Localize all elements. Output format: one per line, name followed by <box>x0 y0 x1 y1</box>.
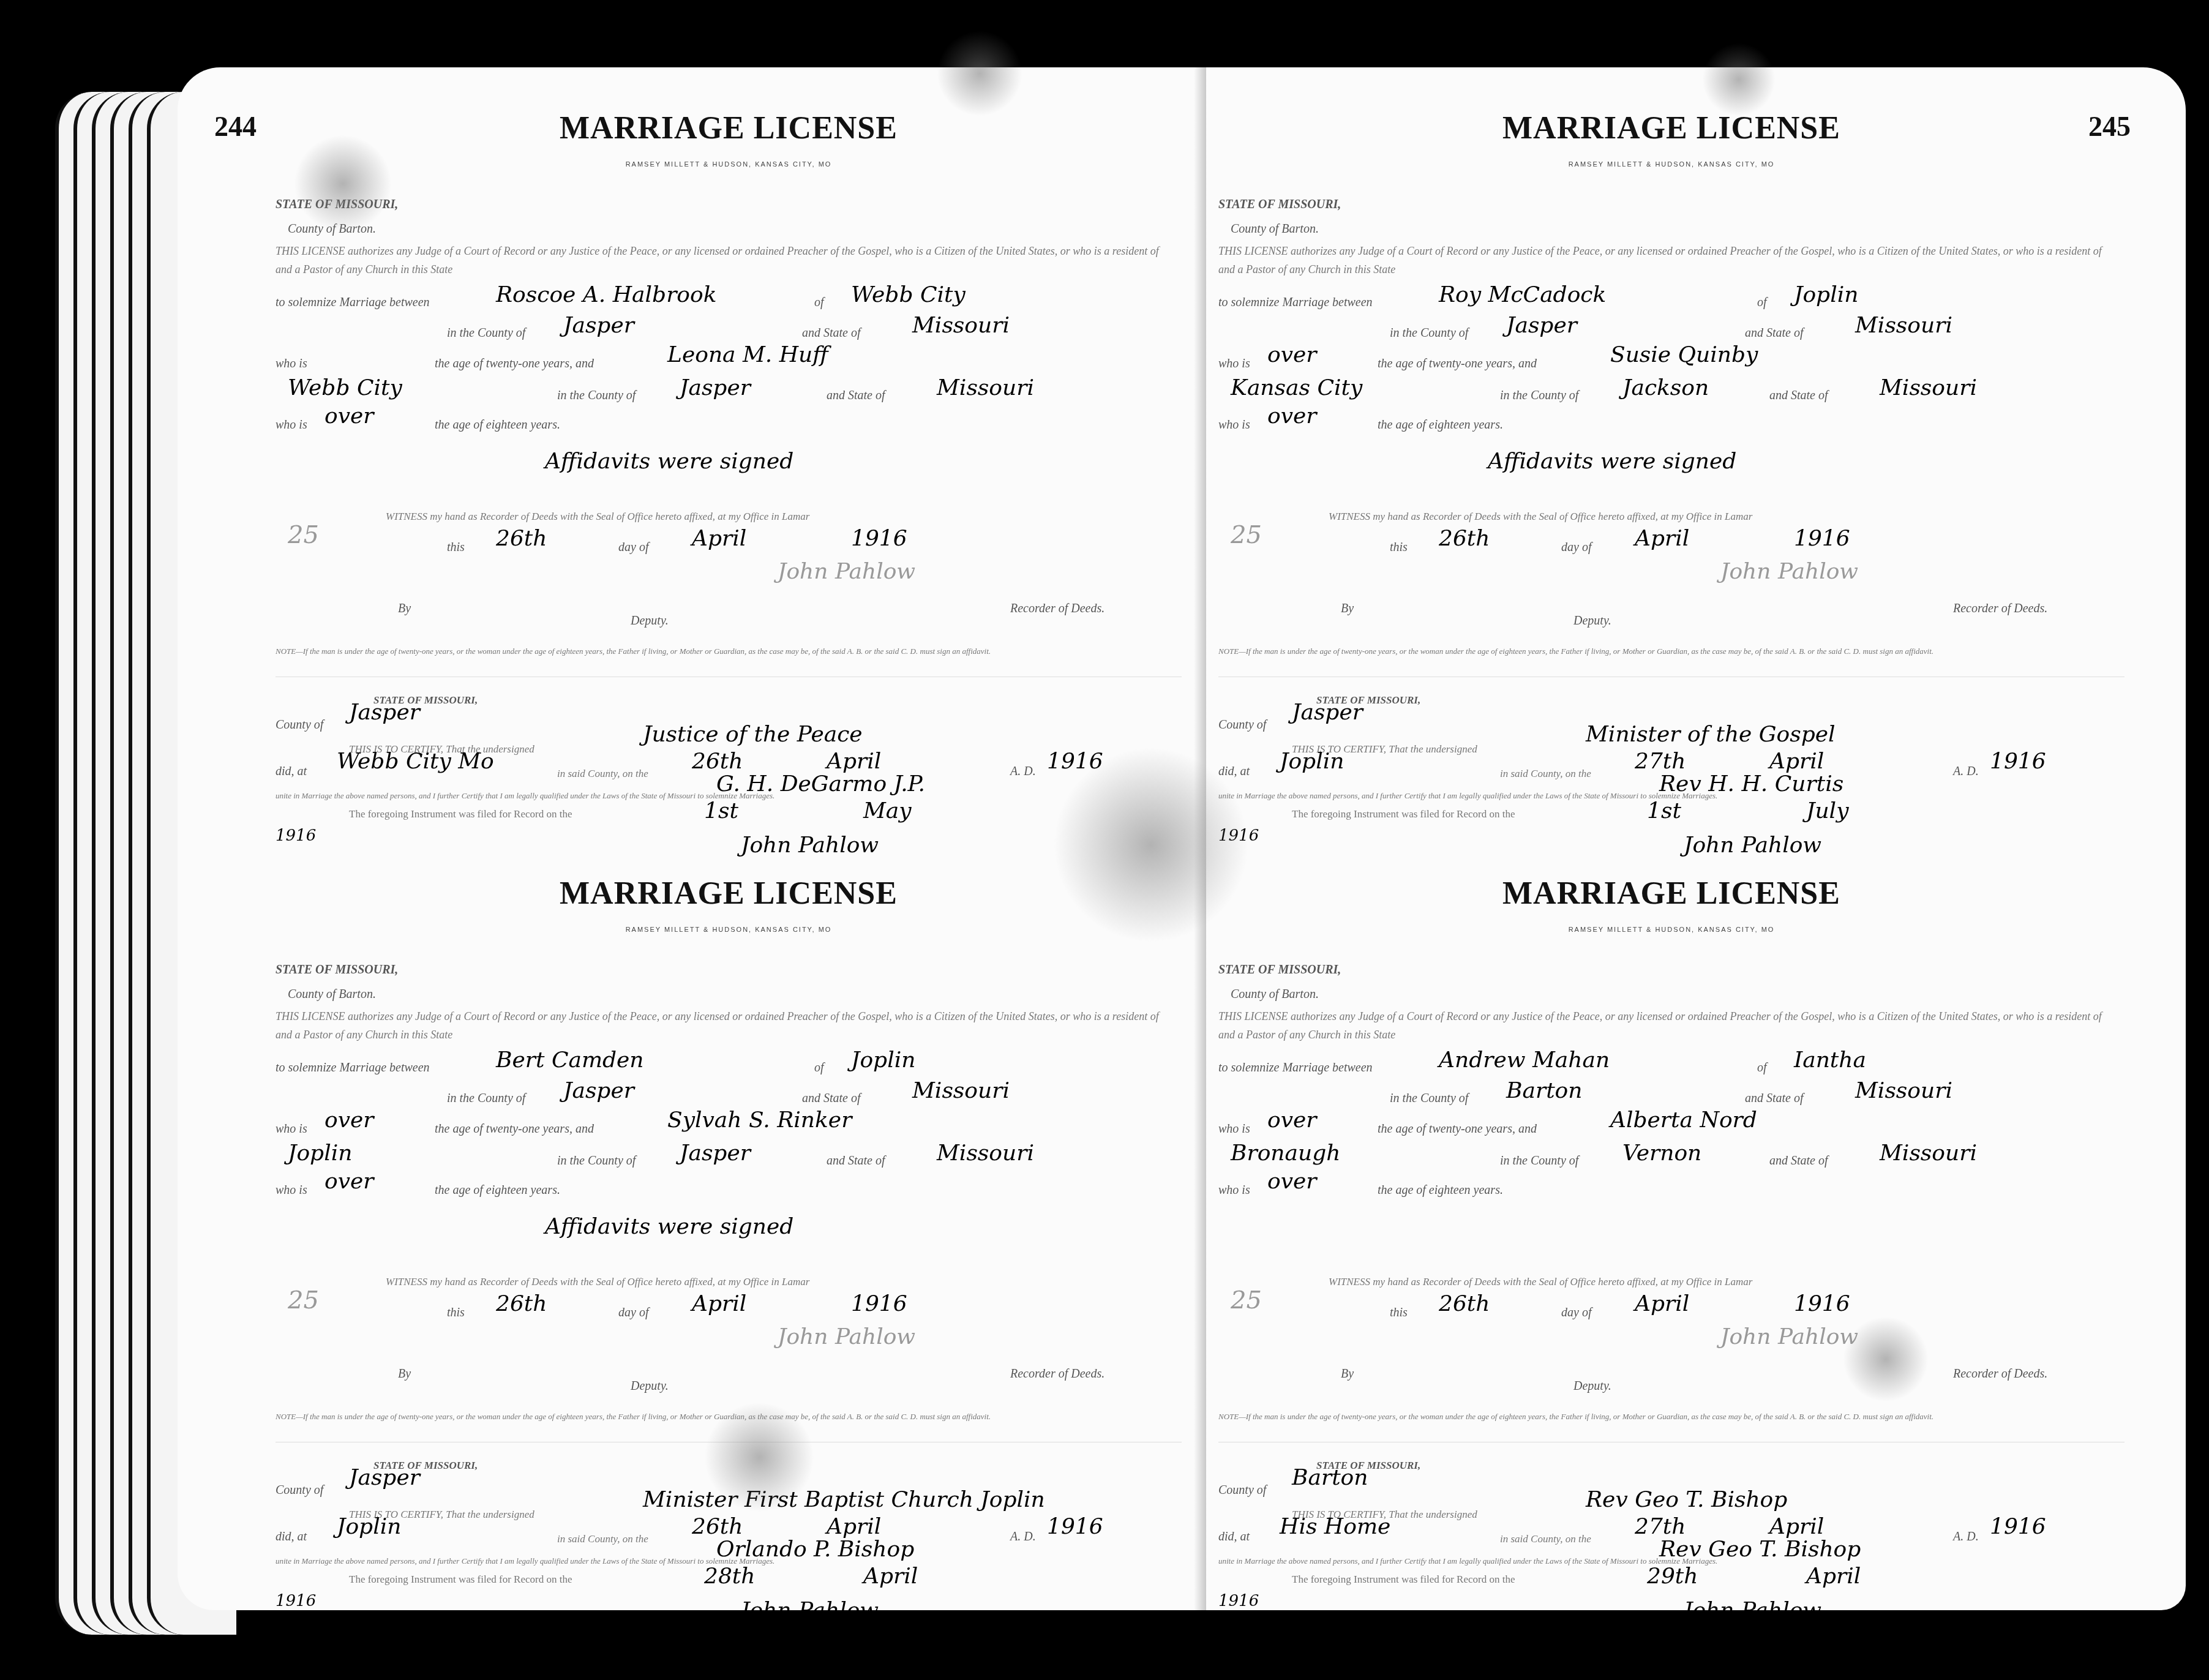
day-of-label: day of <box>618 1301 648 1324</box>
ceremony-year: 1916 <box>1990 750 2046 773</box>
scan-smudge <box>937 31 1022 116</box>
form-note: NOTE—If the man is under the age of twen… <box>276 640 1169 663</box>
cert-ad-label: A. D. <box>1010 760 1036 783</box>
groom-state: Missouri <box>1855 1079 1952 1103</box>
officiant-signature: Rev Geo T. Bishop <box>1659 1537 1861 1562</box>
bride-residence: Kansas City <box>1231 377 1362 400</box>
groom-name: Roy McCadock <box>1439 283 1606 307</box>
filed-year: 1916 <box>1218 1592 1259 1610</box>
ceremony-place: His Home <box>1280 1515 1390 1539</box>
margin-number: 25 <box>1231 1289 1262 1312</box>
state-label: and State of <box>827 1149 885 1172</box>
groom-state: Missouri <box>912 314 1010 337</box>
scan-smudge <box>1702 43 1776 116</box>
cert-county: Barton <box>1292 1466 1368 1490</box>
witness-line: WITNESS my hand as Recorder of Deeds wit… <box>1329 505 1752 528</box>
marriage-license-entry: MARRIAGE LICENSE RAMSEY MILLETT & HUDSON… <box>1218 110 2125 820</box>
margin-number: 25 <box>1231 523 1262 547</box>
license-month: April <box>1635 527 1689 550</box>
age-18-label: the age of eighteen years. <box>1378 413 1503 437</box>
who-is-label: who is <box>1218 352 1250 375</box>
groom-residence: Iantha <box>1794 1049 1866 1072</box>
filed-day: 29th <box>1647 1564 1698 1589</box>
recorder-signature: John Pahlow <box>778 560 915 583</box>
license-title: MARRIAGE LICENSE <box>1218 876 2125 912</box>
ceremony-month: April <box>827 750 881 773</box>
state-label: and State of <box>1769 1149 1828 1172</box>
county-label: in the County of <box>557 384 636 407</box>
bride-county: Jasper <box>680 377 751 400</box>
bride-name: Leona M. Huff <box>667 343 828 367</box>
recorder-signature: John Pahlow <box>778 1326 915 1349</box>
license-month: April <box>1635 1292 1689 1316</box>
age-18-label: the age of eighteen years. <box>435 413 560 437</box>
bride-county: Jasper <box>680 1142 751 1165</box>
day-of-label: day of <box>1561 536 1591 559</box>
license-form: STATE OF MISSOURI, County of Barton. THI… <box>1218 934 2125 1583</box>
bride-county: Vernon <box>1622 1142 1701 1165</box>
county-label: in the County of <box>1500 1149 1578 1172</box>
cert-did-label: did, at <box>276 1525 307 1548</box>
license-intro: THIS LICENSE authorizes any Judge of a C… <box>276 242 1169 279</box>
affidavit-note: Affidavits were signed <box>1488 450 1736 473</box>
bride-name: Alberta Nord <box>1610 1109 1757 1132</box>
county-label: in the County of <box>447 321 525 345</box>
groom-residence: Joplin <box>1794 283 1858 307</box>
page-left: 244 MARRIAGE LICENSE RAMSEY MILLETT & HU… <box>178 67 1206 1610</box>
recorder-of-deeds-label: Recorder of Deeds. <box>1010 1362 1104 1386</box>
bride-state: Missouri <box>1880 1142 1977 1165</box>
groom-residence: Webb City <box>851 283 966 307</box>
ceremony-place: Joplin <box>1280 750 1344 773</box>
witness-line: WITNESS my hand as Recorder of Deeds wit… <box>386 1270 809 1294</box>
who-is-label: who is <box>1218 413 1250 437</box>
ceremony-day: 27th <box>1635 750 1686 773</box>
age-18-label: the age of eighteen years. <box>1378 1179 1503 1202</box>
recorder-of-deeds-label: Recorder of Deeds. <box>1953 597 2047 620</box>
state-label: and State of <box>1745 321 1804 345</box>
who-is-label: who is <box>1218 1117 1250 1141</box>
filed-day: 1st <box>704 798 738 823</box>
license-title: MARRIAGE LICENSE <box>276 876 1182 912</box>
cert-county-label: County of <box>1218 1479 1266 1502</box>
of-label: of <box>814 1056 824 1079</box>
bride-age: over <box>1267 1170 1317 1193</box>
by-label: By <box>1341 597 1354 620</box>
ceremony-month: April <box>827 1515 881 1539</box>
license-title: MARRIAGE LICENSE <box>1218 110 2125 146</box>
affidavit-note: Affidavits were signed <box>545 450 793 473</box>
bride-county: Jackson <box>1622 377 1709 400</box>
scan-smudge <box>1053 747 1249 943</box>
page-number: 244 <box>214 110 257 143</box>
deputy-label: Deputy. <box>631 609 669 632</box>
officiant-signature: Orlando P. Bishop <box>716 1537 914 1562</box>
who-is-label: who is <box>276 1117 307 1141</box>
ceremony-month: April <box>1769 1515 1824 1539</box>
printer-imprint: RAMSEY MILLETT & HUDSON, KANSAS CITY, MO <box>276 161 1182 168</box>
cert-ad-label: A. D. <box>1953 1525 1979 1548</box>
margin-number: 25 <box>288 523 319 547</box>
county-label: in the County of <box>447 1087 525 1110</box>
county-heading: County of Barton. <box>1231 983 1319 1006</box>
who-is-label: who is <box>276 413 307 437</box>
age-21-label: the age of twenty-one years, and <box>1378 352 1537 375</box>
ceremony-day: 26th <box>692 750 743 773</box>
state-label: and State of <box>827 384 885 407</box>
filed-month: April <box>863 1564 918 1589</box>
marriage-license-entry: MARRIAGE LICENSE RAMSEY MILLETT & HUDSON… <box>1218 876 2125 1586</box>
county-label: in the County of <box>557 1149 636 1172</box>
ceremony-year: 1916 <box>1990 1515 2046 1539</box>
cert-ad-label: A. D. <box>1953 760 1979 783</box>
cert-county-label: County of <box>276 713 323 737</box>
county-label: in the County of <box>1390 1087 1468 1110</box>
filed-label: The foregoing Instrument was filed for R… <box>349 1573 572 1586</box>
by-label: By <box>398 1362 411 1386</box>
filed-day: 1st <box>1647 798 1681 823</box>
bride-name: Sylvah S. Rinker <box>667 1109 852 1132</box>
ceremony-place: Joplin <box>337 1515 401 1539</box>
page-right: 245 MARRIAGE LICENSE RAMSEY MILLETT & HU… <box>1206 67 2186 1610</box>
license-year: 1916 <box>1794 1292 1850 1316</box>
license-year: 1916 <box>1794 527 1850 550</box>
recorder-signature: John Pahlow <box>1720 1326 1858 1349</box>
day-of-label: day of <box>1561 1301 1591 1324</box>
this-label: this <box>447 1301 465 1324</box>
cert-on-label: in said County, on the <box>557 762 648 786</box>
county-heading: County of Barton. <box>1231 217 1319 241</box>
who-is-label: who is <box>276 352 307 375</box>
age-21-label: the age of twenty-one years, and <box>1378 1117 1537 1141</box>
groom-name: Roscoe A. Halbrook <box>496 283 717 307</box>
deputy-label: Deputy. <box>1573 1374 1611 1398</box>
groom-name: Andrew Mahan <box>1439 1049 1610 1072</box>
cert-did-label: did, at <box>1218 1525 1250 1548</box>
of-label: of <box>814 291 824 314</box>
license-intro: THIS LICENSE authorizes any Judge of a C… <box>276 1007 1169 1044</box>
margin-number: 25 <box>288 1289 319 1312</box>
license-day: 26th <box>1439 527 1490 550</box>
bride-age: over <box>324 1170 374 1193</box>
license-intro: THIS LICENSE authorizes any Judge of a C… <box>1218 242 2112 279</box>
groom-age: over <box>1267 1109 1317 1132</box>
of-label: of <box>1757 1056 1767 1079</box>
marriage-license-entry: MARRIAGE LICENSE RAMSEY MILLETT & HUDSON… <box>276 110 1182 820</box>
age-21-label: the age of twenty-one years, and <box>435 1117 594 1141</box>
license-year: 1916 <box>851 1292 907 1316</box>
ceremony-day: 27th <box>1635 1515 1686 1539</box>
cert-county-label: County of <box>276 1479 323 1502</box>
recorder-signature: John Pahlow <box>1720 560 1858 583</box>
bride-state: Missouri <box>937 1142 1034 1165</box>
groom-state: Missouri <box>1855 314 1952 337</box>
solemnize-label: to solemnize Marriage between <box>1218 291 1373 314</box>
filed-month: May <box>863 798 912 823</box>
filed-day: 28th <box>704 1564 755 1589</box>
form-note: NOTE—If the man is under the age of twen… <box>1218 640 2112 663</box>
recorder-of-deeds-label: Recorder of Deeds. <box>1010 597 1104 620</box>
this-label: this <box>447 536 465 559</box>
by-label: By <box>1341 1362 1354 1386</box>
cert-on-label: in said County, on the <box>1500 1528 1591 1551</box>
filed-month: April <box>1806 1564 1861 1589</box>
cert-county: Jasper <box>349 701 420 724</box>
age-18-label: the age of eighteen years. <box>435 1179 560 1202</box>
filing-signature: John Pahlow <box>741 1598 879 1623</box>
officiant-signature: Rev H. H. Curtis <box>1659 771 1843 797</box>
cert-did-label: did, at <box>276 760 307 783</box>
filed-year: 1916 <box>276 1592 316 1610</box>
bride-state: Missouri <box>1880 377 1977 400</box>
state-heading: STATE OF MISSOURI, <box>1218 193 1341 216</box>
groom-county: Jasper <box>1506 314 1577 337</box>
cert-county: Jasper <box>1292 701 1363 724</box>
bride-age: over <box>324 405 374 428</box>
age-21-label: the age of twenty-one years, and <box>435 352 594 375</box>
license-day: 26th <box>496 527 547 550</box>
cert-on-label: in said County, on the <box>1500 762 1591 786</box>
groom-county: Jasper <box>563 1079 634 1103</box>
state-label: and State of <box>1769 384 1828 407</box>
ceremony-month: April <box>1769 750 1824 773</box>
county-label: in the County of <box>1390 321 1468 345</box>
scan-smudge <box>1843 1316 1929 1402</box>
witness-line: WITNESS my hand as Recorder of Deeds wit… <box>1329 1270 1752 1294</box>
groom-age: over <box>1267 343 1317 367</box>
who-is-label: who is <box>276 1179 307 1202</box>
bride-name: Susie Quinby <box>1610 343 1758 367</box>
license-month: April <box>692 527 746 550</box>
ceremony-place: Webb City Mo <box>337 750 494 773</box>
license-form: STATE OF MISSOURI, County of Barton. THI… <box>276 168 1182 817</box>
license-day: 26th <box>1439 1292 1490 1316</box>
bride-state: Missouri <box>937 377 1034 400</box>
printer-imprint: RAMSEY MILLETT & HUDSON, KANSAS CITY, MO <box>1218 926 2125 934</box>
scan-smudge <box>294 135 392 233</box>
license-intro: THIS LICENSE authorizes any Judge of a C… <box>1218 1007 2112 1044</box>
ceremony-day: 26th <box>692 1515 743 1539</box>
bride-age: over <box>1267 405 1317 428</box>
affidavit-note: Affidavits were signed <box>545 1215 793 1239</box>
filed-label: The foregoing Instrument was filed for R… <box>349 808 572 820</box>
state-label: and State of <box>802 321 861 345</box>
deputy-label: Deputy. <box>1573 609 1611 632</box>
groom-age: over <box>324 1109 374 1132</box>
printer-imprint: RAMSEY MILLETT & HUDSON, KANSAS CITY, MO <box>1218 161 2125 168</box>
printer-imprint: RAMSEY MILLETT & HUDSON, KANSAS CITY, MO <box>276 926 1182 934</box>
cert-county-label: County of <box>1218 713 1266 737</box>
bride-residence: Bronaugh <box>1231 1142 1340 1165</box>
county-label: in the County of <box>1500 384 1578 407</box>
officiant-title: Justice of the Peace <box>643 723 863 746</box>
groom-county: Jasper <box>563 314 634 337</box>
filed-month: July <box>1806 798 1848 823</box>
bride-residence: Joplin <box>288 1142 352 1165</box>
county-heading: County of Barton. <box>288 983 376 1006</box>
solemnize-label: to solemnize Marriage between <box>1218 1056 1373 1079</box>
license-year: 1916 <box>851 527 907 550</box>
bride-residence: Webb City <box>288 377 402 400</box>
groom-name: Bert Camden <box>496 1049 644 1072</box>
day-of-label: day of <box>618 536 648 559</box>
filing-signature: John Pahlow <box>1684 833 1821 858</box>
filed-label: The foregoing Instrument was filed for R… <box>1292 1573 1515 1586</box>
this-label: this <box>1390 1301 1408 1324</box>
solemnize-label: to solemnize Marriage between <box>276 1056 430 1079</box>
filing-signature: John Pahlow <box>1684 1598 1821 1623</box>
ceremony-year: 1916 <box>1047 1515 1103 1539</box>
officiant-title: Minister First Baptist Church Joplin <box>643 1488 1045 1512</box>
state-heading: STATE OF MISSOURI, <box>1218 958 1341 981</box>
of-label: of <box>1757 291 1767 314</box>
recorder-of-deeds-label: Recorder of Deeds. <box>1953 1362 2047 1386</box>
state-heading: STATE OF MISSOURI, <box>276 958 398 981</box>
scan-smudge <box>704 1402 814 1512</box>
this-label: this <box>1390 536 1408 559</box>
license-month: April <box>692 1292 746 1316</box>
officiant-title: Minister of the Gospel <box>1586 723 1836 746</box>
who-is-label: who is <box>1218 1179 1250 1202</box>
filing-signature: John Pahlow <box>741 833 879 858</box>
groom-county: Barton <box>1506 1079 1582 1103</box>
by-label: By <box>398 597 411 620</box>
license-day: 26th <box>496 1292 547 1316</box>
form-note: NOTE—If the man is under the age of twen… <box>1218 1405 2112 1428</box>
cert-ad-label: A. D. <box>1010 1525 1036 1548</box>
cert-on-label: in said County, on the <box>557 1528 648 1551</box>
witness-line: WITNESS my hand as Recorder of Deeds wit… <box>386 505 809 528</box>
filed-label: The foregoing Instrument was filed for R… <box>1292 808 1515 820</box>
state-label: and State of <box>802 1087 861 1110</box>
groom-residence: Joplin <box>851 1049 915 1072</box>
officiant-title: Rev Geo T. Bishop <box>1586 1488 1787 1512</box>
groom-state: Missouri <box>912 1079 1010 1103</box>
deputy-label: Deputy. <box>631 1374 669 1398</box>
cert-county: Jasper <box>349 1466 420 1490</box>
state-label: and State of <box>1745 1087 1804 1110</box>
license-form: STATE OF MISSOURI, County of Barton. THI… <box>1218 168 2125 817</box>
filed-year: 1916 <box>276 827 316 845</box>
license-title: MARRIAGE LICENSE <box>276 110 1182 146</box>
solemnize-label: to solemnize Marriage between <box>276 291 430 314</box>
officiant-signature: G. H. DeGarmo J.P. <box>716 771 925 797</box>
